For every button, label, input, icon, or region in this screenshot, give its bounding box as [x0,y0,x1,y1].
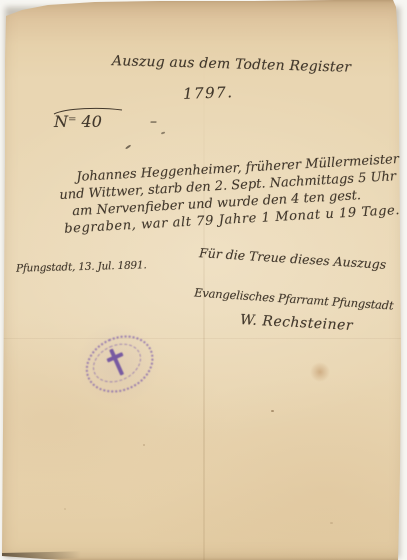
paper-speck [64,508,66,510]
paper-sheet: Auszug aus dem Todten Register 1797. N⁼ … [0,0,407,560]
register-number-line: N⁼ 40 – [54,112,102,131]
number-flourish [52,107,124,115]
signature: W. Rechsteiner [240,312,354,334]
fold-crease-horizontal [0,338,407,339]
paper-speck [143,444,145,446]
office-line: Evangelisches Pfarramt Pfungstadt [194,285,394,312]
body-text: Johannes Heggenheimer, früherer Müllerme… [58,150,407,237]
paper-speck [330,522,333,524]
paper-speck [271,410,274,412]
place-date-line: Pfungstadt, 13. Jul. 1891. [16,259,147,274]
ink-tick [125,144,131,149]
number-dash: – [150,114,157,130]
latin-cross-icon [77,327,158,400]
parish-ink-stamp [77,327,158,400]
ink-tick [161,131,165,134]
fold-crease-vertical [203,50,205,560]
scanned-document-photo: Auszug aus dem Todten Register 1797. N⁼ … [0,0,407,560]
certification-line: Für die Treue dieses Auszugs [199,245,387,272]
document-title: Auszug aus dem Todten Register [112,53,322,75]
document-year: 1797. [183,83,234,103]
bottom-edge-shadow [0,551,95,560]
